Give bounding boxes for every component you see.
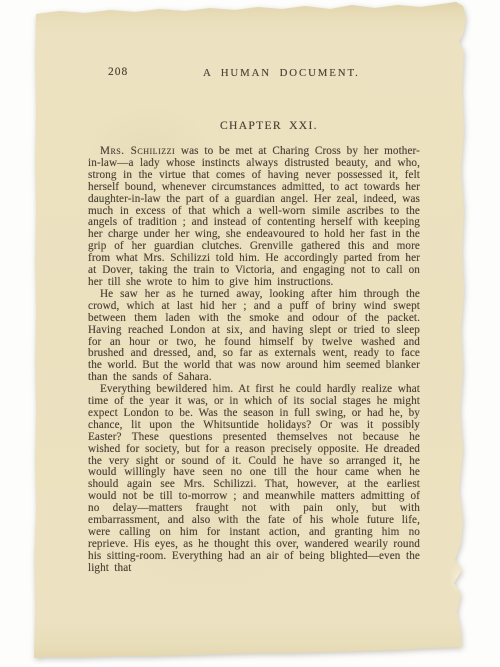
paragraph-2: He saw her as he turned away, looking af… — [88, 289, 420, 384]
paragraph-1: Mrs. Schilizzi was to be met at Charing … — [88, 146, 420, 289]
paragraph-3: Everything bewildered him. At first he c… — [88, 384, 420, 575]
book-page: 208 A HUMAN DOCUMENT. CHAPTER XXI. Mrs. … — [0, 0, 500, 667]
chapter-heading: CHAPTER XXI. — [220, 119, 318, 132]
body-text: Mrs. Schilizzi was to be met at Charing … — [88, 146, 420, 575]
page-number: 208 — [108, 66, 128, 78]
scan-background: 208 A HUMAN DOCUMENT. CHAPTER XXI. Mrs. … — [0, 0, 500, 667]
paragraph-1-lead-small-caps: Mrs. Schilizzi — [100, 145, 175, 157]
book-page-wrapper: 208 A HUMAN DOCUMENT. CHAPTER XXI. Mrs. … — [0, 0, 500, 667]
paragraph-1-text: was to be met at Charing Cross by her mo… — [88, 145, 420, 288]
running-title: A HUMAN DOCUMENT. — [203, 67, 360, 79]
